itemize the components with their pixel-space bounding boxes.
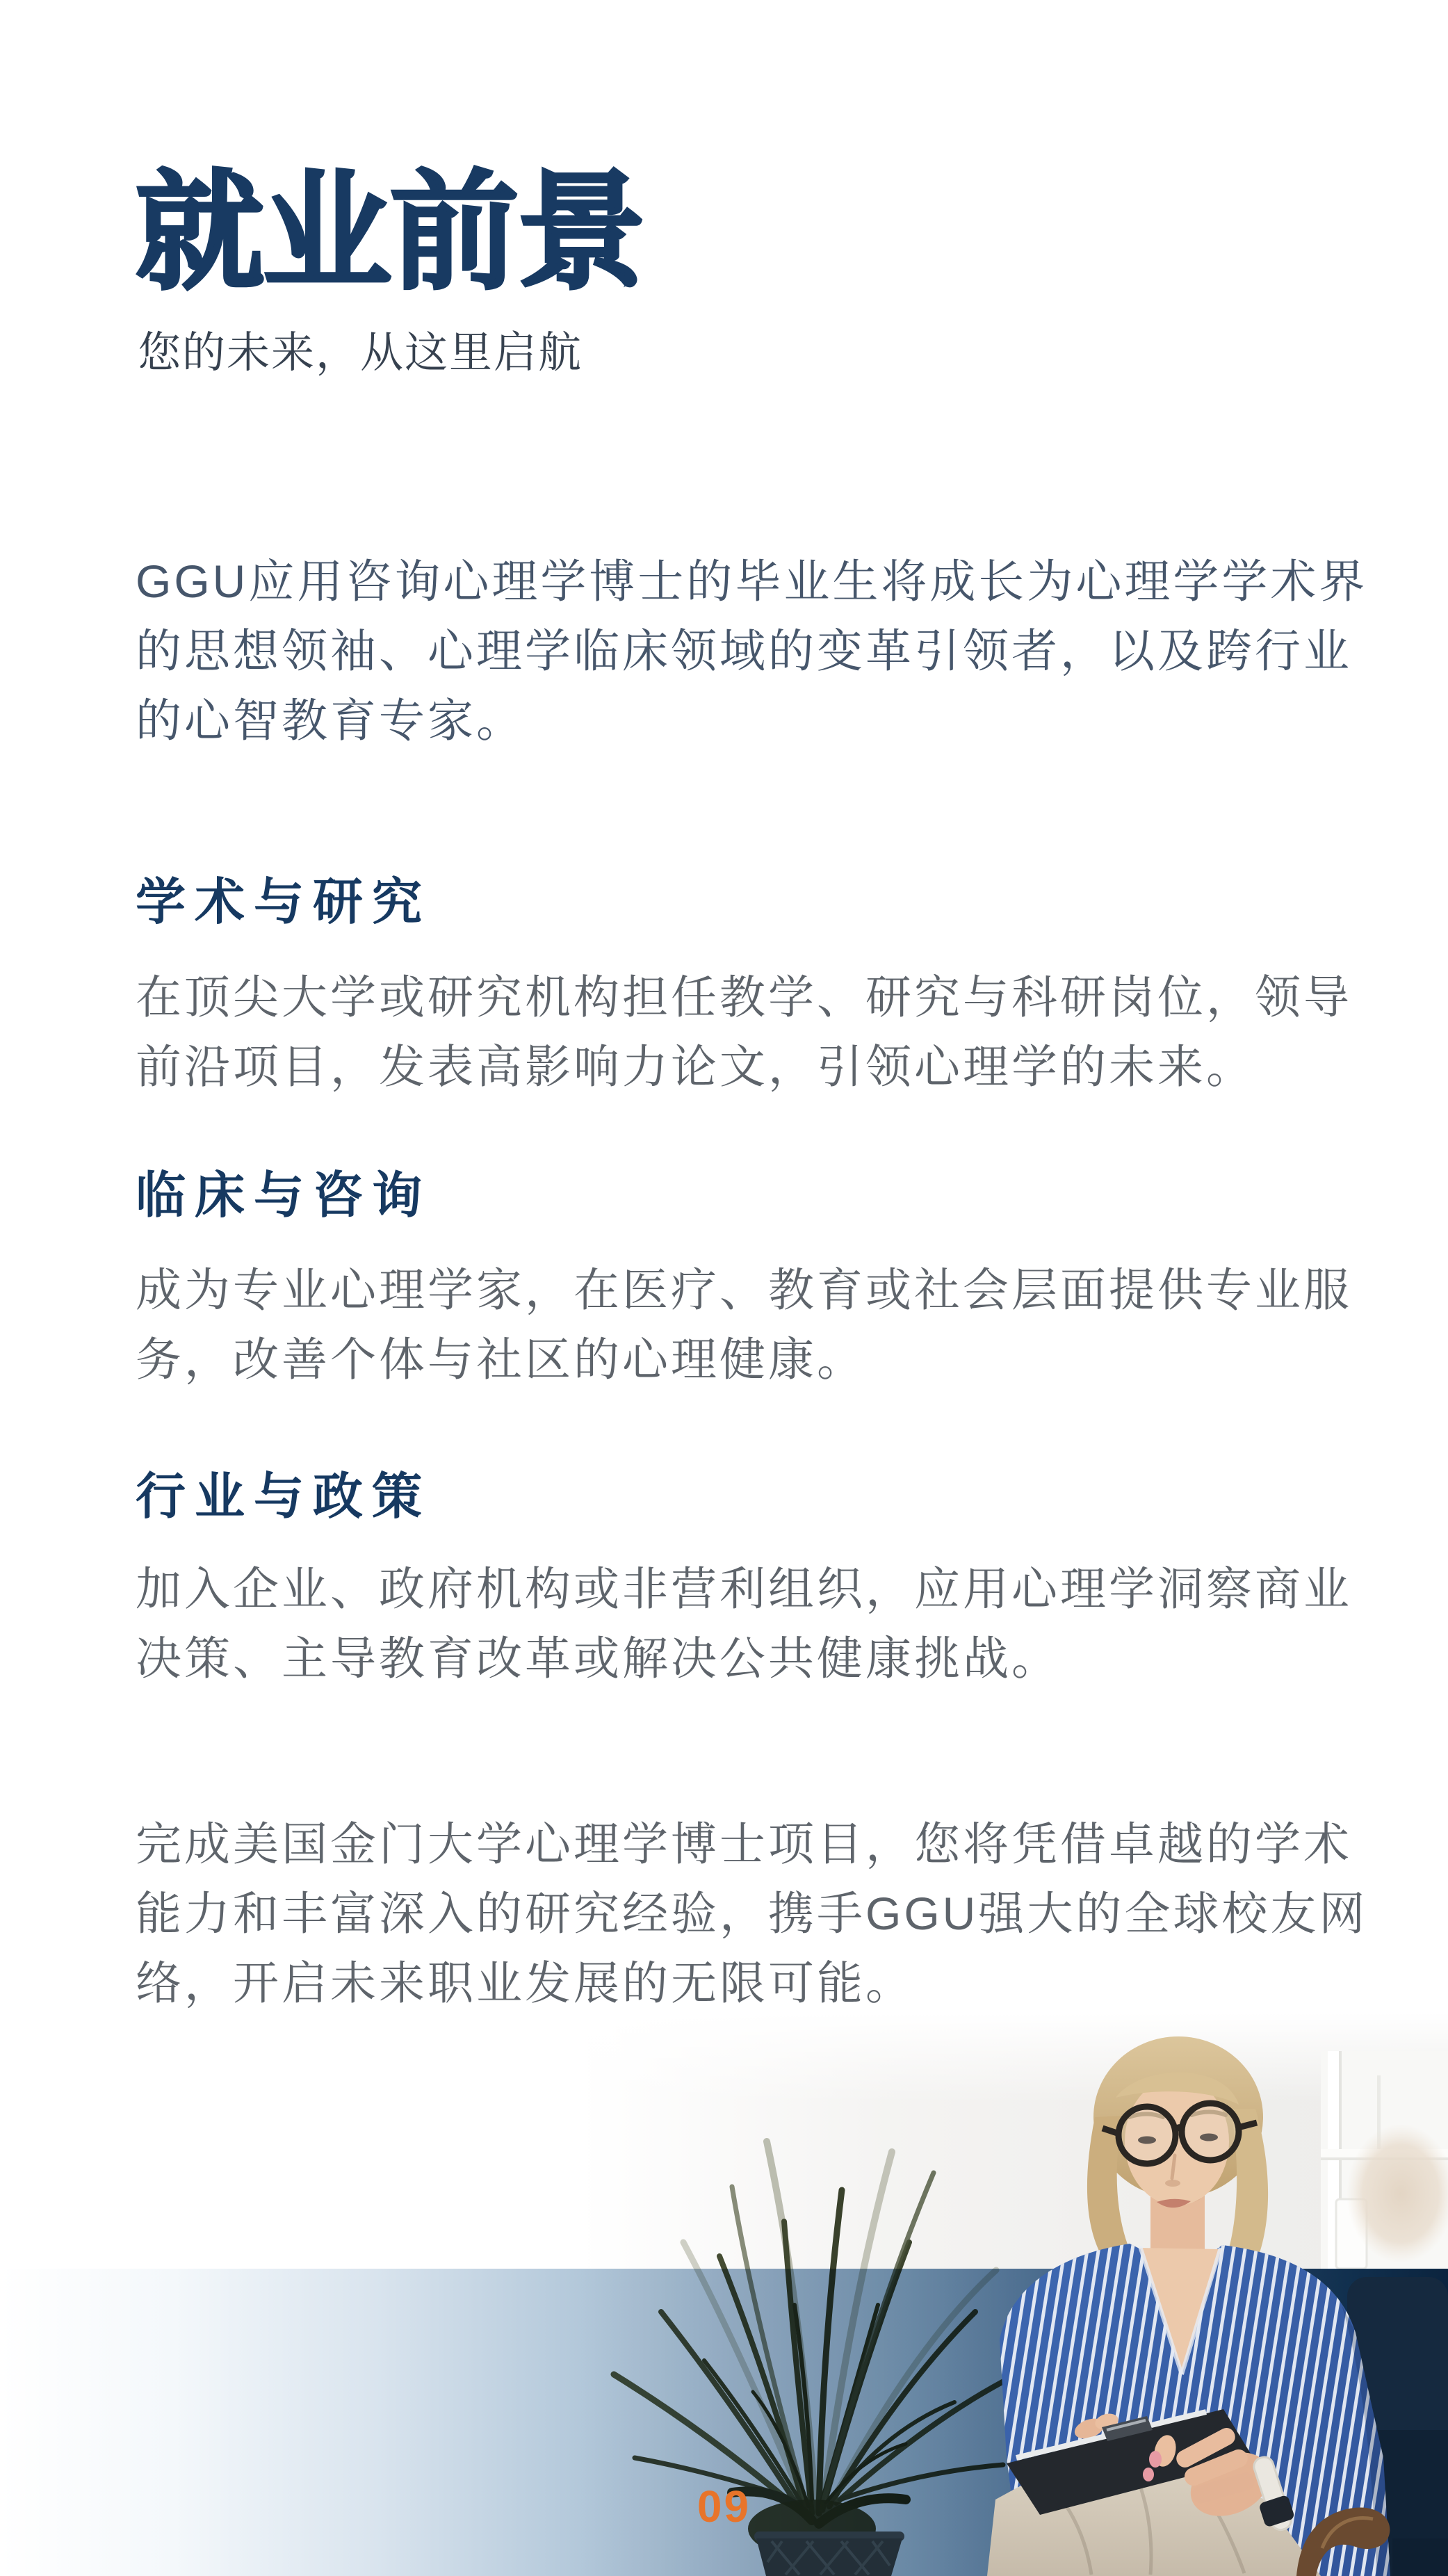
section-heading-academic: 学术与研究: [136, 871, 431, 934]
intro-paragraph: GGU应用咨询心理学博士的毕业生将成长为心理学学术界 的思想领袖、心理学临床领域…: [136, 546, 1373, 755]
closing-paragraph: 完成美国金门大学心理学博士项目，您将凭借卓越的学术 能力和丰富深入的研究经验，携…: [136, 1809, 1373, 2018]
section-paragraph-academic: 在顶尖大学或研究机构担任教学、研究与科研岗位，领导 前沿项目，发表高影响力论文，…: [136, 962, 1373, 1101]
section-paragraph-industry: 加入企业、政府机构或非营利组织，应用心理学洞察商业 决策、主导教育改革或解决公共…: [136, 1554, 1373, 1693]
page-number: 09: [0, 2481, 1448, 2532]
page-subtitle: 您的未来，从这里启航: [138, 325, 583, 381]
section-paragraph-clinical: 成为专业心理学家，在医疗、教育或社会层面提供专业服 务，改善个体与社区的心理健康…: [136, 1255, 1373, 1394]
section-heading-industry: 行业与政策: [136, 1466, 431, 1528]
wicker-basket: [754, 2532, 904, 2576]
page-title: 就业前景: [136, 165, 644, 300]
section-heading-clinical: 临床与咨询: [136, 1165, 431, 1227]
brochure-page: 就业前景 您的未来，从这里启航 GGU应用咨询心理学博士的毕业生将成长为心理学学…: [0, 0, 1448, 2576]
